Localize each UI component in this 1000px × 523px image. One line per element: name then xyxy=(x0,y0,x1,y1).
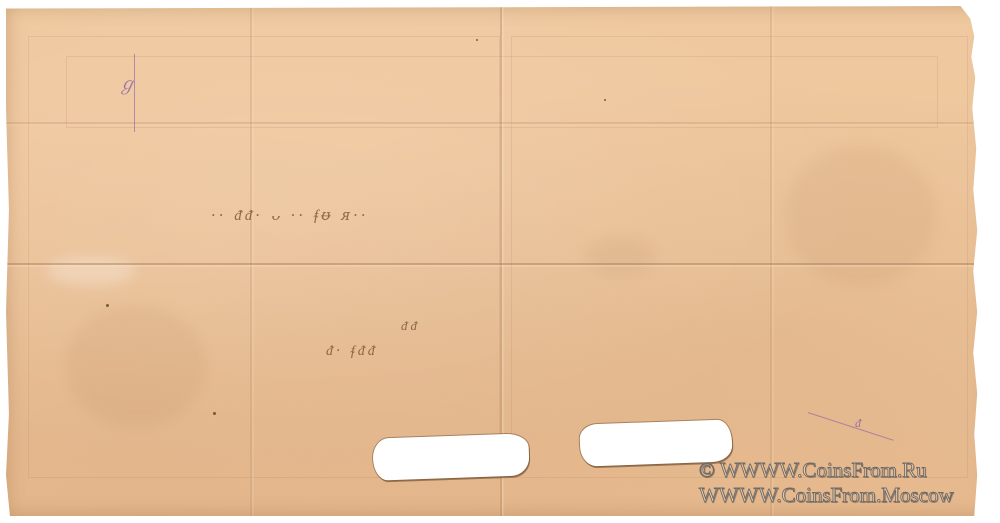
fold-line-horizontal-upper xyxy=(6,122,988,124)
fold-line-horizontal xyxy=(6,263,988,265)
speck xyxy=(106,304,109,307)
stain xyxy=(586,236,656,276)
stain xyxy=(786,146,936,286)
torn-hole-left xyxy=(372,433,529,480)
watermark-line-2: WWWW.CoinsFrom.Moscow xyxy=(699,483,954,507)
speck xyxy=(476,39,478,41)
purple-pencil-stroke-left xyxy=(134,54,135,132)
banknote-reverse: ·· ᵭᵭ· ᴗ ·· ᵮᵿ ᴙ·· ᵭᵭ ᵭ· ᵮᵭᵭ ℊ ᵭ © WWWW.… xyxy=(6,6,988,516)
fold-line-vertical-left xyxy=(250,6,252,516)
scan-background: ·· ᵭᵭ· ᴗ ·· ᵮᵿ ᴙ·· ᵭᵭ ᵭ· ᵮᵭᵭ ℊ ᵭ © WWWW.… xyxy=(0,0,1000,523)
stain xyxy=(46,256,136,286)
handwriting-line-3: ᵭ· ᵮᵭᵭ xyxy=(326,343,378,360)
handwriting-line-1: ·· ᵭᵭ· ᴗ ·· ᵮᵿ ᴙ·· xyxy=(211,206,369,225)
fold-line-vertical-right xyxy=(770,6,772,516)
handwriting-line-2: ᵭᵭ xyxy=(401,318,420,334)
speck xyxy=(604,99,606,101)
stain xyxy=(66,306,206,426)
watermark-line-1: © WWWW.CoinsFrom.Ru xyxy=(699,458,927,482)
speck xyxy=(213,412,216,415)
show-through-banner xyxy=(66,56,938,128)
